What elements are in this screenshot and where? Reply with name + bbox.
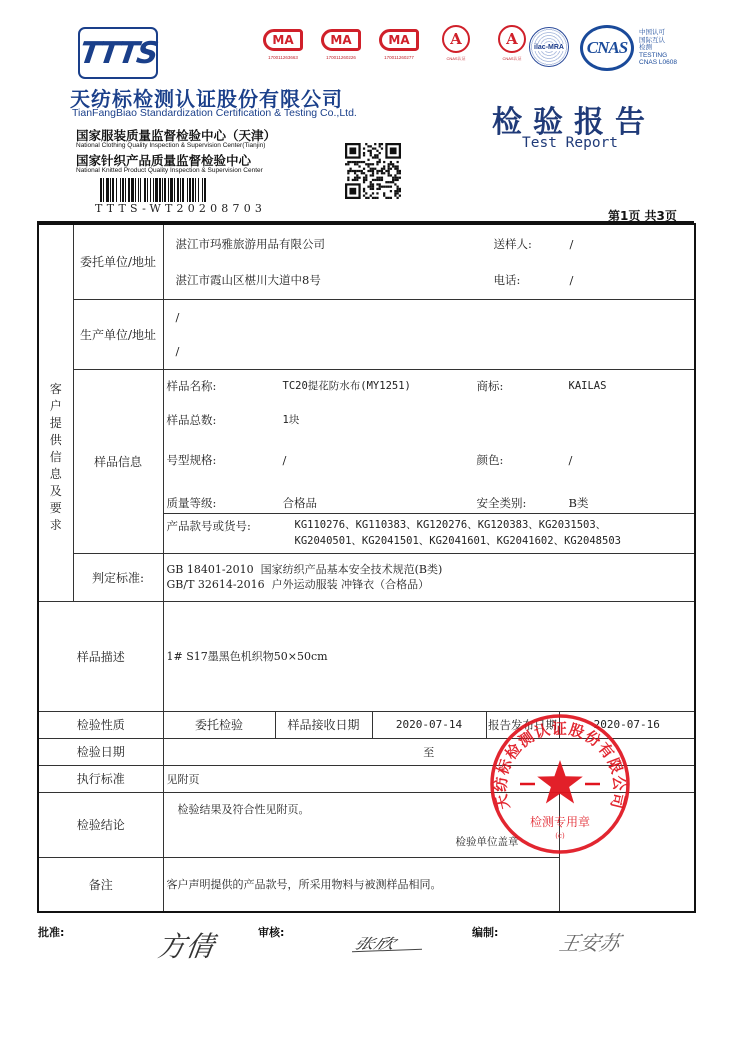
company-logo: TTTS (78, 27, 158, 79)
barcode-icon (100, 178, 260, 202)
sample-field-value: / (283, 453, 477, 467)
client-address: 湛江市霞山区椹川大道中8号 (176, 272, 321, 288)
cal-mark-icon: ACNAS认证 (432, 25, 480, 75)
sample-field-label: 质量等级: (167, 495, 283, 511)
sample-field-label: 号型规格: (167, 452, 283, 468)
cnas-accreditation-text: 中国认可国际互认检测TESTINGCNAS L0608 (639, 29, 677, 67)
phone-value: / (570, 273, 574, 287)
inspection-nature-value: 委托检验 (163, 711, 275, 738)
cnas-icon: CNAS (580, 25, 634, 71)
report-table: 客户提供信息及要求 委托单位/地址 湛江市玛雅旅游用品有限公司 送样人: / 湛… (37, 223, 696, 913)
issued-date-value: 2020-07-16 (559, 711, 695, 738)
inspection-date-label: 检验日期 (38, 738, 163, 765)
center2-name-en: National Knitted Product Quality Inspect… (76, 167, 263, 174)
producer-name: / (176, 310, 180, 324)
sample-fields: 样品名称:TC20提花防水布(MY1251)商标:KAILAS样品总数:1块号型… (163, 369, 695, 513)
execution-standard-value: 见附页 (163, 765, 695, 792)
sample-info-row: 样品信息 样品名称:TC20提花防水布(MY1251)商标:KAILAS样品总数… (38, 369, 695, 513)
ilac-mra-icon: ilac-MRA (529, 27, 569, 67)
qr-code-icon (345, 143, 401, 199)
inspection-nature-row: 检验性质 委托检验 样品接收日期 2020-07-14 报告发布日期 2020-… (38, 711, 695, 738)
sample-field-label: 样品名称: (167, 378, 283, 394)
sample-field-value-2: KAILAS (569, 380, 607, 392)
producer-row: 生产单位/地址 / / (38, 299, 695, 369)
sample-field-row: 号型规格:/颜色:/ (167, 446, 573, 474)
producer-address: / (176, 344, 180, 358)
issued-date-label: 报告发布日期 (486, 711, 559, 738)
execution-standard-row: 执行标准 见附页 (38, 765, 695, 792)
sample-field-label-2: 安全类别: (477, 495, 569, 511)
description-label: 样品描述 (38, 601, 163, 711)
approve-label: 批准: (38, 924, 64, 940)
remark-value: 客户声明提供的产品款号，所采用物料与被测样品相同。 (163, 857, 559, 912)
style-numbers-line2: KG2040501、KG2041501、KG2041601、KG2041602、… (295, 533, 695, 549)
sample-field-label-2: 颜色: (477, 452, 569, 468)
approve-signature: 方倩 (155, 925, 217, 965)
sample-field-value: TC20提花防水布(MY1251) (283, 378, 477, 393)
conclusion-row: 检验结论 检验结果及符合性见附页。 检验单位盖章 (38, 792, 695, 857)
certification-marks: MA170011263663MA170011260226MA1700112602… (258, 25, 536, 75)
standard-line2: GB/T 32614-2016 户外运动服装 冲锋衣（合格品） (167, 577, 695, 592)
inspection-date-row: 检验日期 至 (38, 738, 695, 765)
sample-field-row: 样品名称:TC20提花防水布(MY1251)商标:KAILAS (167, 372, 607, 400)
cma-mark-icon: MA170011260226 (316, 25, 366, 75)
compile-signature: 王安苏 (557, 927, 623, 956)
inspection-nature-label: 检验性质 (38, 711, 163, 738)
phone-label: 电话: (494, 272, 521, 288)
client-label: 委托单位/地址 (73, 224, 163, 299)
client-row: 客户提供信息及要求 委托单位/地址 湛江市玛雅旅游用品有限公司 送样人: / 湛… (38, 224, 695, 299)
sample-field-value: 1块 (283, 412, 477, 427)
cma-mark-icon: MA170011260277 (374, 25, 424, 75)
conclusion-value: 检验结果及符合性见附页。 (178, 801, 310, 817)
client-name: 湛江市玛雅旅游用品有限公司 (176, 236, 326, 252)
company-name-en: TianFangBiao Standardization Certificati… (72, 107, 357, 119)
sample-field-value-2: / (569, 453, 573, 467)
description-value: 1# S17墨黑色机织物50×50cm (163, 601, 695, 711)
received-date-label: 样品接收日期 (275, 711, 372, 738)
style-numbers-line1: KG110276、KG110383、KG120276、KG120383、KG20… (295, 517, 695, 533)
standards-row: 判定标准: GB 18401-2010 国家纺织产品基本安全技术规范(B类) G… (38, 553, 695, 601)
sample-field-value: 合格品 (283, 495, 477, 511)
standard-line1: GB 18401-2010 国家纺织产品基本安全技术规范(B类) (167, 562, 695, 577)
sender-label: 送样人: (494, 236, 532, 252)
inspection-date-value: 至 (163, 738, 695, 765)
report-number: TTTS-WT20208703 (95, 202, 266, 215)
sample-field-label-2: 商标: (477, 378, 569, 394)
stamp-note: 检验单位盖章 (456, 834, 519, 849)
center1-name-en: National Clothing Quality Inspection & S… (76, 142, 265, 149)
received-date-value: 2020-07-14 (372, 711, 486, 738)
sample-field-label: 样品总数: (167, 412, 283, 428)
sample-info-label: 样品信息 (73, 369, 163, 553)
style-number-label: 产品款号或货号: (167, 518, 251, 534)
remark-label: 备注 (38, 857, 163, 912)
producer-label: 生产单位/地址 (73, 299, 163, 369)
sender-value: / (570, 237, 574, 251)
execution-standard-label: 执行标准 (38, 765, 163, 792)
description-row: 样品描述 1# S17墨黑色机织物50×50cm (38, 601, 695, 711)
cma-mark-icon: MA170011263663 (258, 25, 308, 75)
report-title-en: Test Report (522, 135, 618, 151)
conclusion-label: 检验结论 (38, 792, 163, 857)
blank-cell (559, 792, 695, 912)
sample-field-value-2: B类 (569, 495, 589, 511)
side-label: 客户提供信息及要求 (38, 224, 73, 601)
compile-label: 编制: (472, 924, 498, 940)
standards-label: 判定标准: (73, 553, 163, 601)
review-label: 审核: (258, 924, 284, 940)
sample-field-row: 样品总数:1块 (167, 406, 569, 434)
